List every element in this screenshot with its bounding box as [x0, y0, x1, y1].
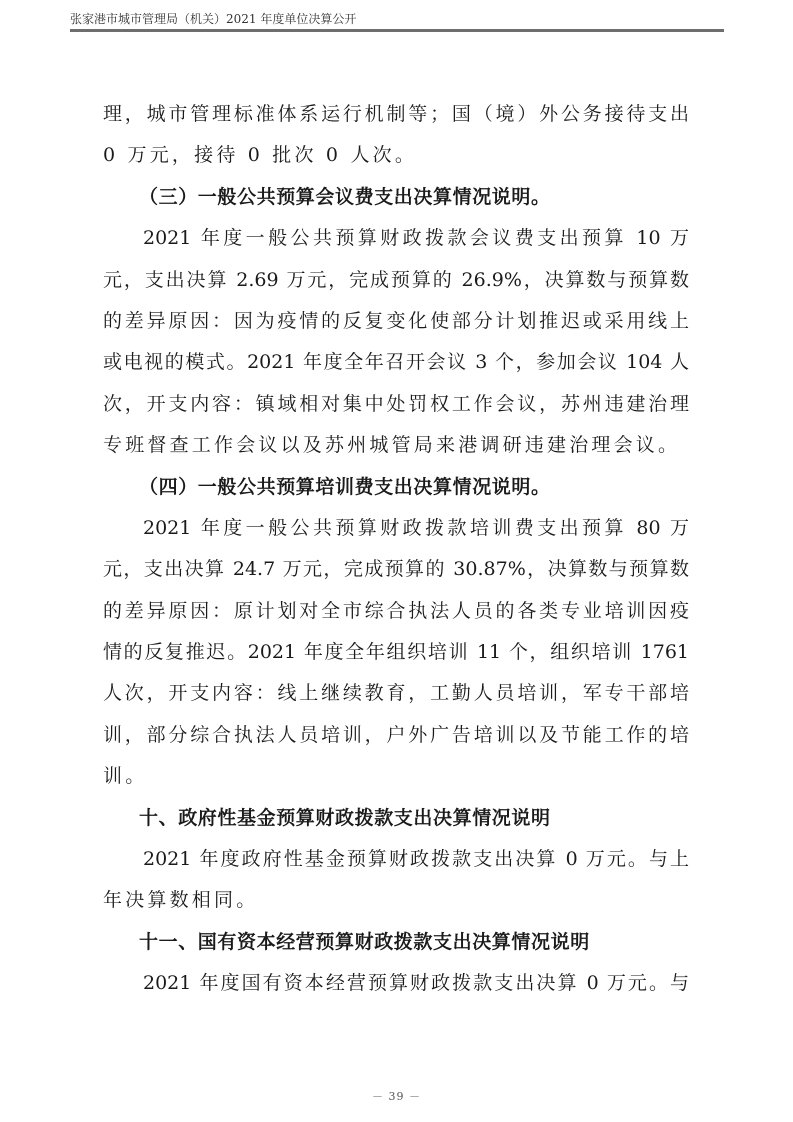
- paragraph-line: 元，支出决算 2.69 万元，完成预算的 26.9%，决算数与预算数: [103, 260, 689, 301]
- paragraph-line: 2021 年度一般公共预算财政拨款会议费支出预算 10 万: [103, 218, 689, 259]
- section-heading-state-capital: 十一、国有资本经营预算财政拨款支出决算情况说明: [103, 922, 689, 963]
- paragraph-line: 2021 年度一般公共预算财政拨款培训费支出预算 80 万: [103, 508, 689, 549]
- paragraph-line: 次，开支内容：镇域相对集中处罚权工作会议，苏州违建治理: [103, 384, 689, 425]
- section-heading-training-fees: （四）一般公共预算培训费支出决算情况说明。: [103, 467, 689, 508]
- paragraph-line: 的差异原因：原计划对全市综合执法人员的各类专业培训因疫: [103, 591, 689, 632]
- paragraph-line: 理，城市管理标准体系运行机制等；国（境）外公务接待支出: [103, 94, 689, 135]
- section-heading-government-fund: 十、政府性基金预算财政拨款支出决算情况说明: [103, 798, 689, 839]
- paragraph-line: 元，支出决算 24.7 万元，完成预算的 30.87%，决算数与预算数: [103, 549, 689, 590]
- paragraph-line: 训，部分综合执法人员培训，户外广告培训以及节能工作的培: [103, 715, 689, 756]
- paragraph-line: 年决算数相同。: [103, 880, 689, 921]
- paragraph-line: 的差异原因：因为疫情的反复变化使部分计划推迟或采用线上: [103, 301, 689, 342]
- page-header: 张家港市城市管理局（机关）2021 年度单位决算公开: [70, 10, 724, 32]
- paragraph-line: 专班督查工作会议以及苏州城管局来港调研违建治理会议。: [103, 425, 689, 466]
- paragraph-line: 情的反复推迟。2021 年度全年组织培训 11 个，组织培训 1761: [103, 632, 689, 673]
- paragraph-line: 0 万元，接待 0 批次 0 人次。: [103, 135, 689, 176]
- document-body: 理，城市管理标准体系运行机制等；国（境）外公务接待支出 0 万元，接待 0 批次…: [103, 94, 689, 1005]
- paragraph-line: 2021 年度政府性基金预算财政拨款支出决算 0 万元。与上: [103, 839, 689, 880]
- document-title: 张家港市城市管理局（机关）2021 年度单位决算公开: [70, 10, 356, 27]
- paragraph-line: 2021 年度国有资本经营预算财政拨款支出决算 0 万元。与: [103, 963, 689, 1004]
- paragraph-line: 人次，开支内容：线上继续教育，工勤人员培训，军专干部培: [103, 673, 689, 714]
- section-heading-meeting-fees: （三）一般公共预算会议费支出决算情况说明。: [103, 177, 689, 218]
- paragraph-line: 训。: [103, 756, 689, 797]
- paragraph-line: 或电视的模式。2021 年度全年召开会议 3 个，参加会议 104 人: [103, 342, 689, 383]
- page-number: － 39 －: [0, 1088, 793, 1104]
